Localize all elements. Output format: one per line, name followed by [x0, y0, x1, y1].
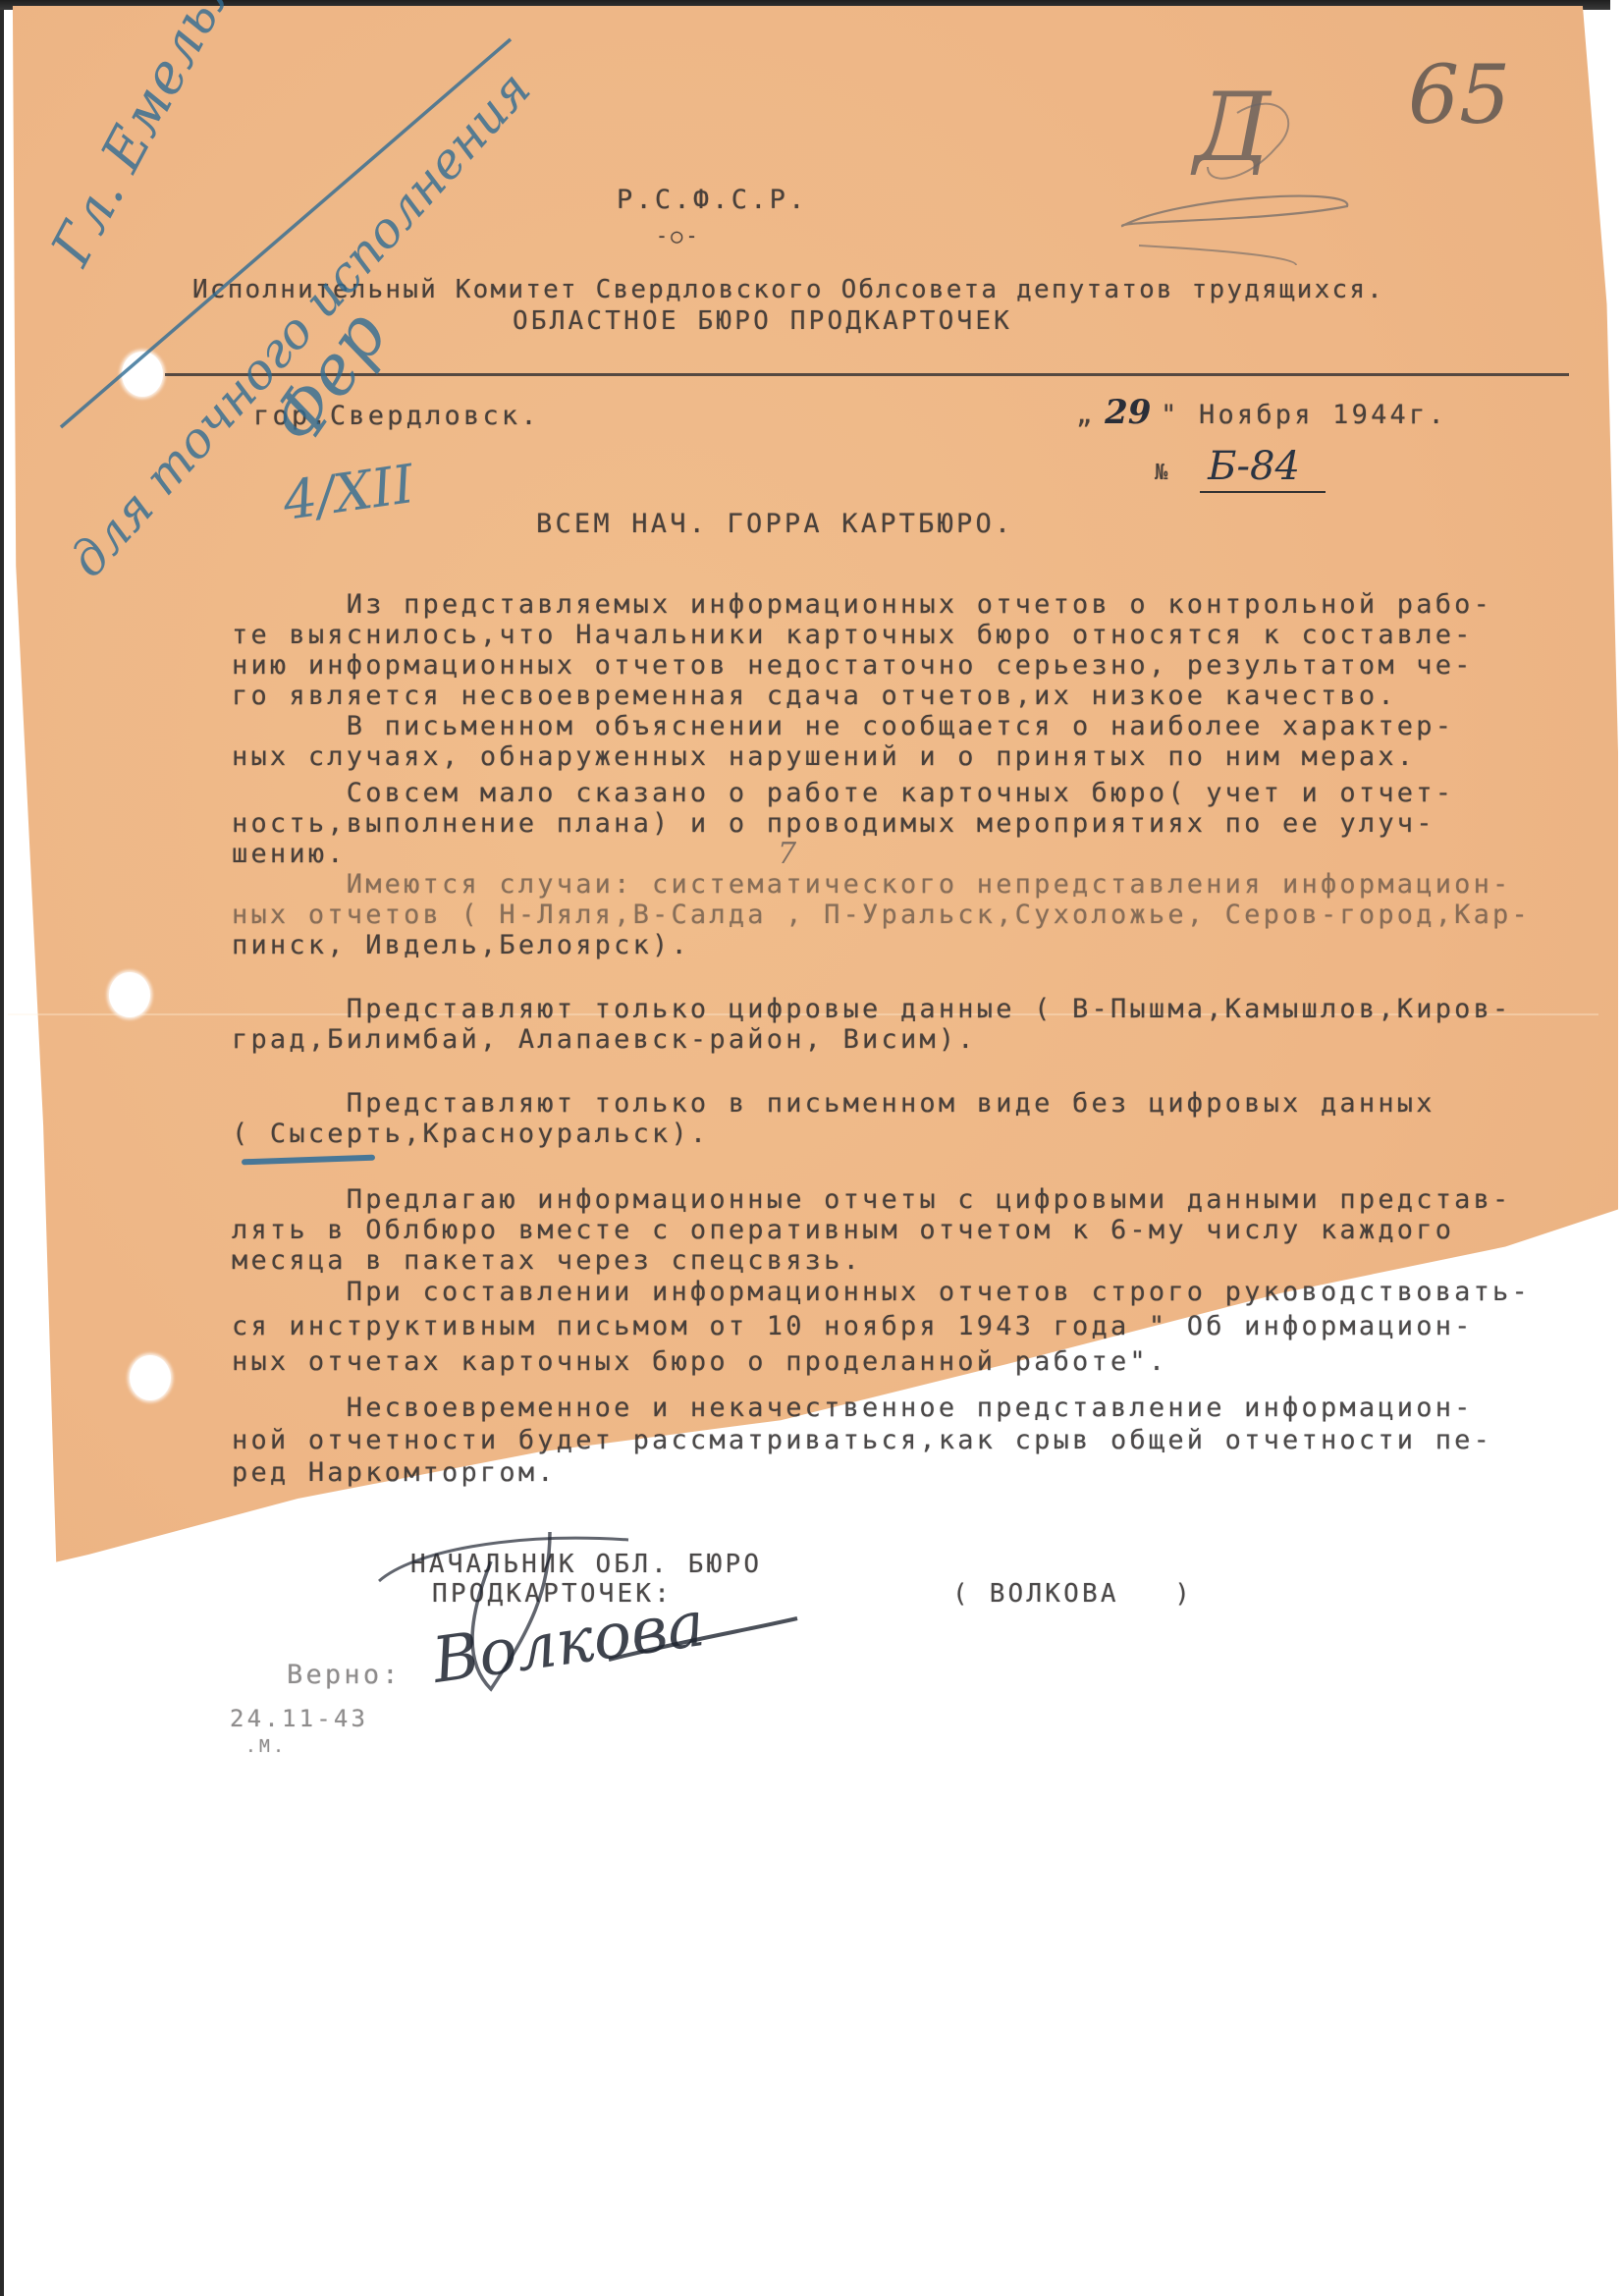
body-line: ных отчетах карточных бюро о проделанной… — [232, 1344, 1531, 1380]
punch-hole-1 — [122, 352, 163, 397]
body-line: нию информационных отчетов недостаточно … — [232, 650, 1531, 681]
body-line: шению. — [232, 839, 1531, 869]
typist-initials: .М. — [245, 1736, 287, 1757]
date-day-handwritten: 29 — [1105, 393, 1151, 432]
body-line: ред Наркомторгом. — [232, 1456, 1531, 1489]
pencil-mark-small: 7 — [778, 837, 796, 871]
body-line: ся инструктивным письмом от 10 ноября 19… — [232, 1309, 1531, 1344]
signature-title-line1: НАЧАЛЬНИК ОБЛ. БЮРО — [410, 1550, 762, 1579]
signature-name: ( ВОЛКОВА ) — [952, 1579, 1193, 1609]
body-line: те выяснилось,что Начальники карточных б… — [232, 620, 1531, 650]
body-line: При составлении информационных отчетов с… — [232, 1276, 1531, 1309]
punch-hole-3 — [130, 1355, 171, 1400]
body-line: Совсем мало сказано о работе карточных б… — [232, 778, 1531, 808]
document-number: № Б-84 — [1155, 444, 1272, 489]
header-republic: Р.С.Ф.С.Р. — [617, 185, 808, 215]
pencil-mark-number: 65 — [1408, 49, 1510, 142]
header-ornament: -○- — [656, 224, 701, 247]
pencil-mark-initials: Д — [1194, 73, 1271, 183]
body-line: Несвоевременное и некачественное предста… — [232, 1392, 1531, 1424]
body-line: Представляют только цифровые данные ( В-… — [232, 994, 1531, 1024]
scan-left-edge — [0, 0, 4, 2296]
number-label: № — [1155, 461, 1170, 485]
body-line: месяца в пакетах через спецсвязь. — [232, 1245, 1531, 1276]
typist-reference: 24.11-43 — [230, 1705, 368, 1732]
certified-label: Верно: — [287, 1660, 402, 1690]
number-underline — [1200, 491, 1326, 493]
body-line: град,Билимбай, Алапаевск-район, Висим). — [232, 1024, 1531, 1055]
letter-body: Из представляемых информационных отчетов… — [232, 589, 1531, 1489]
addressee: ВСЕМ НАЧ. ГОРРА КАРТБЮРО. — [536, 509, 1013, 539]
body-line: го является несвоевременная сдача отчето… — [232, 681, 1531, 711]
body-line: ной отчетности будет рассматриваться,как… — [232, 1424, 1531, 1456]
punch-hole-2 — [109, 972, 150, 1017]
date-rest: " Ноября 1944г. — [1161, 400, 1447, 430]
body-line: ( Сысерть,Красноуральск). — [232, 1119, 1531, 1149]
body-line: лять в Облбюро вместе с оперативным отче… — [232, 1215, 1531, 1245]
body-line: ных случаях, обнаруженных нарушений и о … — [232, 741, 1531, 772]
body-line: пинск, Ивдель,Белоярск). — [232, 930, 1531, 960]
date-line: „ 29 " Ноября 1944г. — [1076, 393, 1447, 432]
date-open-quote: „ — [1076, 400, 1095, 430]
body-line: Из представляемых информационных отчетов… — [232, 589, 1531, 620]
body-line: В письменном объяснении не сообщается о … — [232, 711, 1531, 741]
body-line: ных отчетов ( Н-Ляля,В-Салда , П-Уральск… — [232, 900, 1531, 930]
body-line: Предлагаю информационные отчеты с цифров… — [232, 1184, 1531, 1215]
header-bureau: ОБЛАСТНОЕ БЮРО ПРОДКАРТОЧЕК — [513, 306, 1012, 336]
body-line: ность,выполнение плана) и о проводимых м… — [232, 808, 1531, 839]
number-value-handwritten: Б-84 — [1208, 444, 1300, 489]
body-line: Представляют только в письменном виде бе… — [232, 1088, 1531, 1119]
body-line: Имеются случаи: систематического непредс… — [232, 869, 1531, 900]
